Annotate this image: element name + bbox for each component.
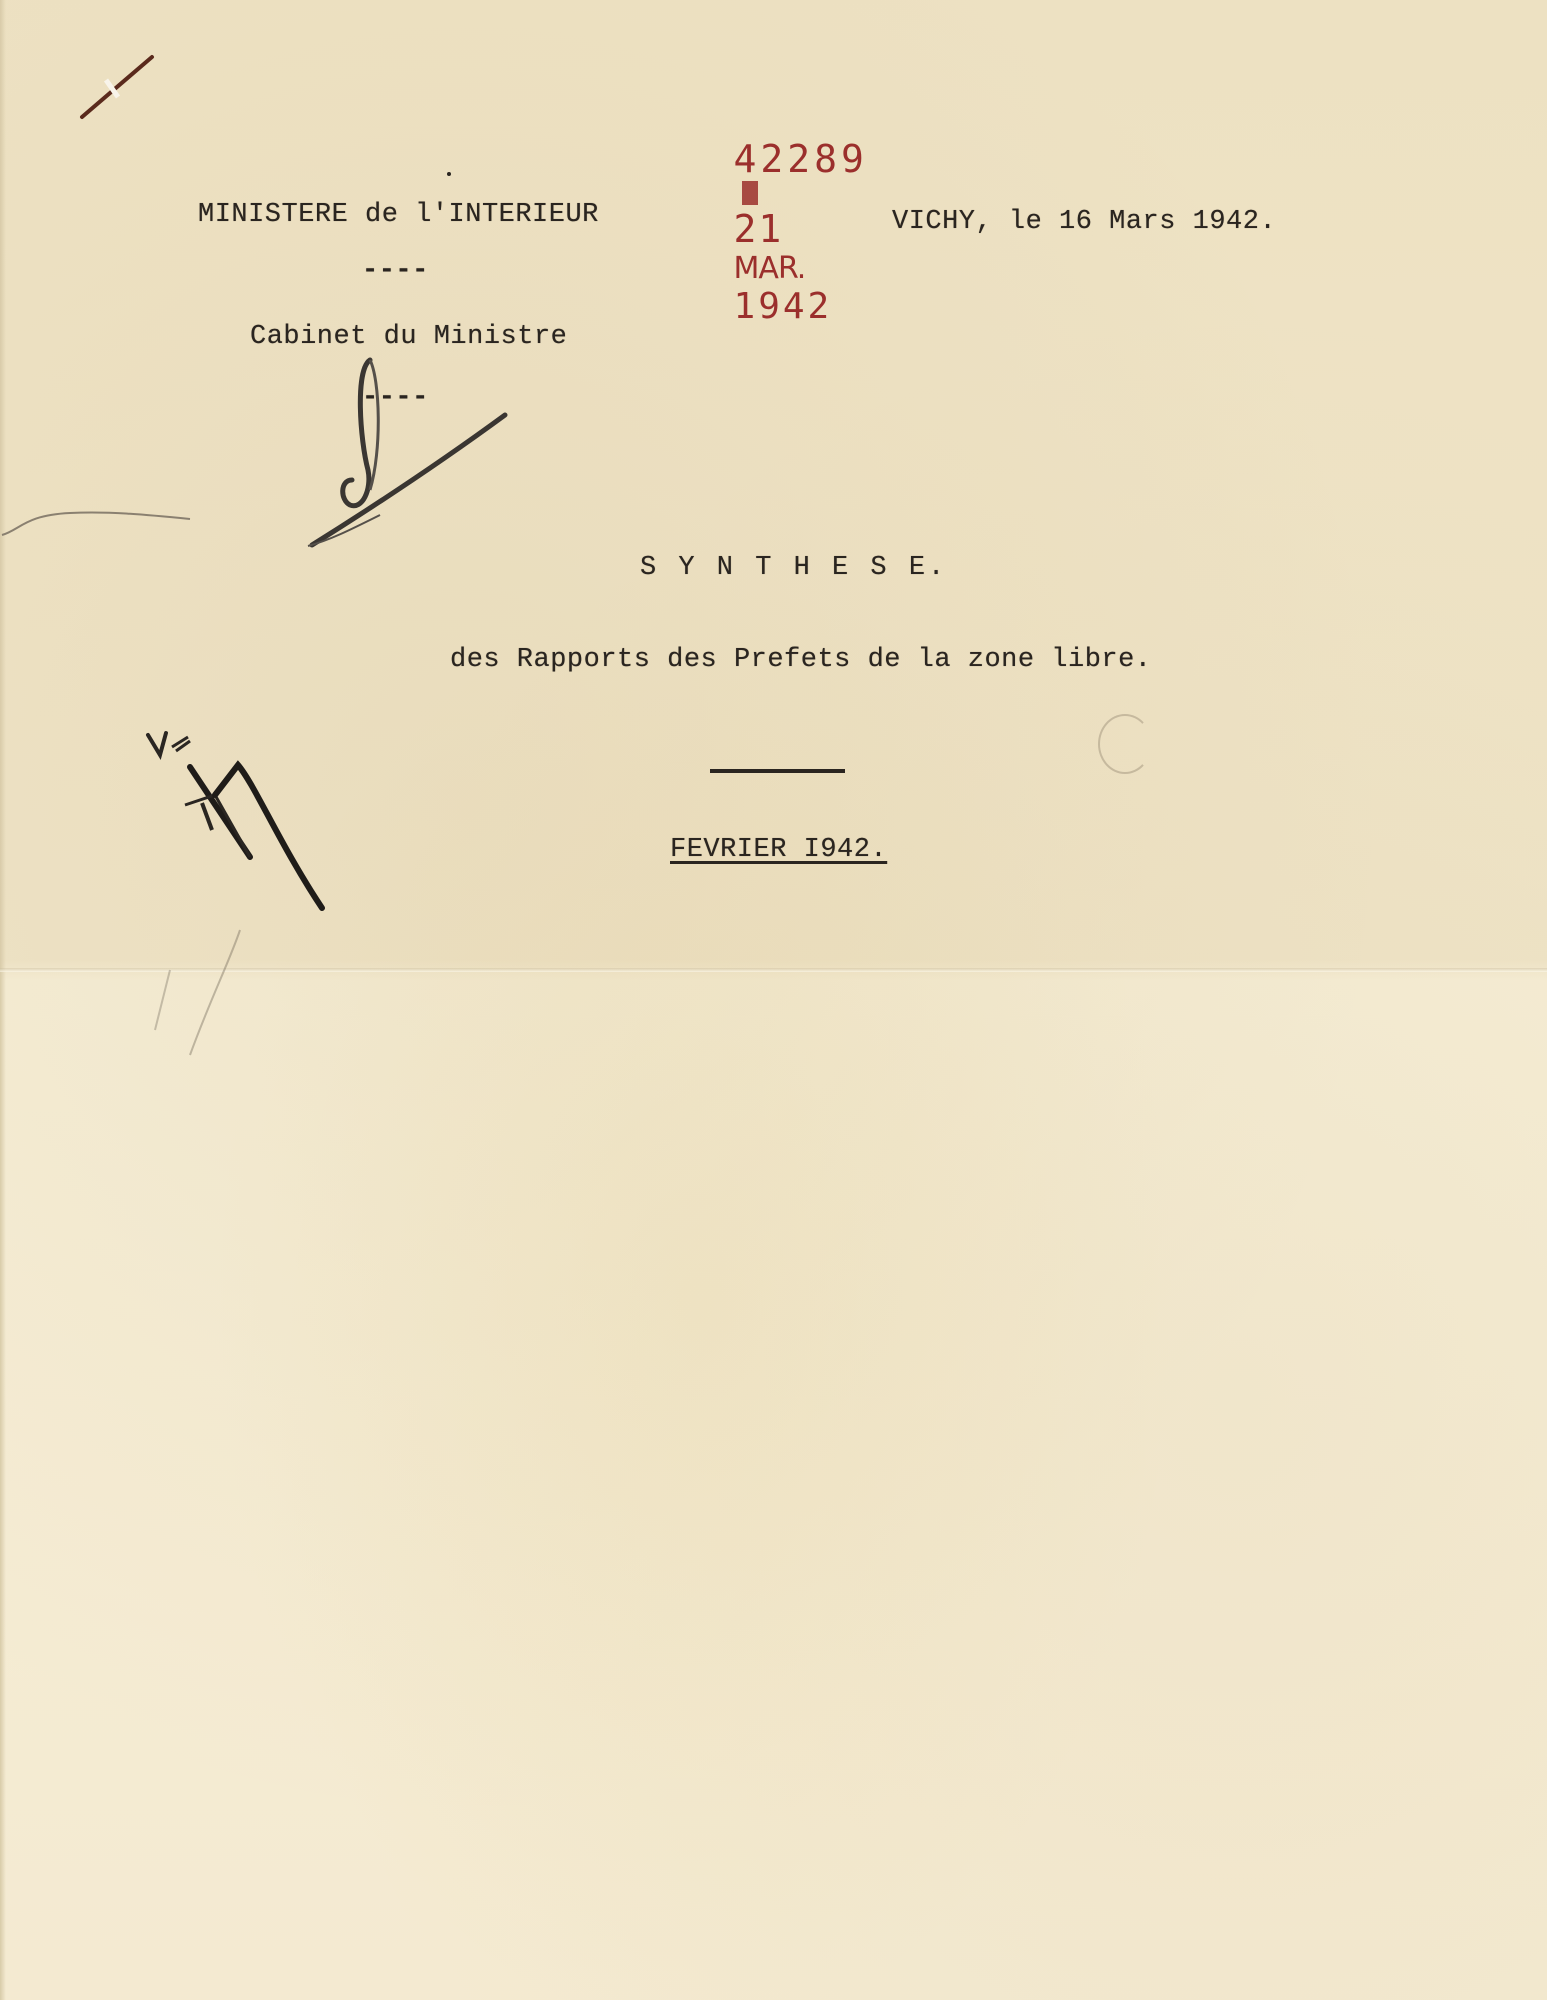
stamp-year: 1942: [734, 286, 833, 327]
document-subtitle: des Rapports des Prefets de la zone libr…: [450, 645, 1152, 675]
faint-circle-mark: [1098, 714, 1152, 774]
staple-mark-icon: [70, 45, 170, 135]
stamp-day: 21: [734, 207, 784, 251]
document-title: S Y N T H E S E.: [640, 553, 947, 583]
place-date: VICHY, le 16 Mars 1942.: [892, 207, 1276, 237]
stamp-mark-icon: [742, 181, 758, 205]
stamp-number: 42289: [734, 137, 868, 181]
paper-edge: [0, 0, 6, 2000]
title-rule: [710, 769, 845, 773]
initial-signature-icon: [300, 350, 520, 560]
document-page: 42289 21 MAR. 1942 MINISTERE de l'INTERI…: [0, 0, 1547, 2000]
office-heading: Cabinet du Ministre: [250, 322, 567, 352]
period-heading: FEVRIER I942.: [670, 835, 887, 865]
faint-scribble: [130, 920, 270, 1060]
faint-pencil-stroke: [0, 505, 200, 545]
letterhead-separator: ----: [362, 256, 429, 286]
ministry-heading: MINISTERE de l'INTERIEUR: [198, 200, 599, 230]
stamp-month: MAR.: [734, 251, 806, 286]
receipt-stamp: 42289 21 MAR. 1942: [695, 118, 868, 346]
marginal-vu-mark-icon: [140, 725, 340, 925]
ink-dot: [447, 172, 451, 176]
